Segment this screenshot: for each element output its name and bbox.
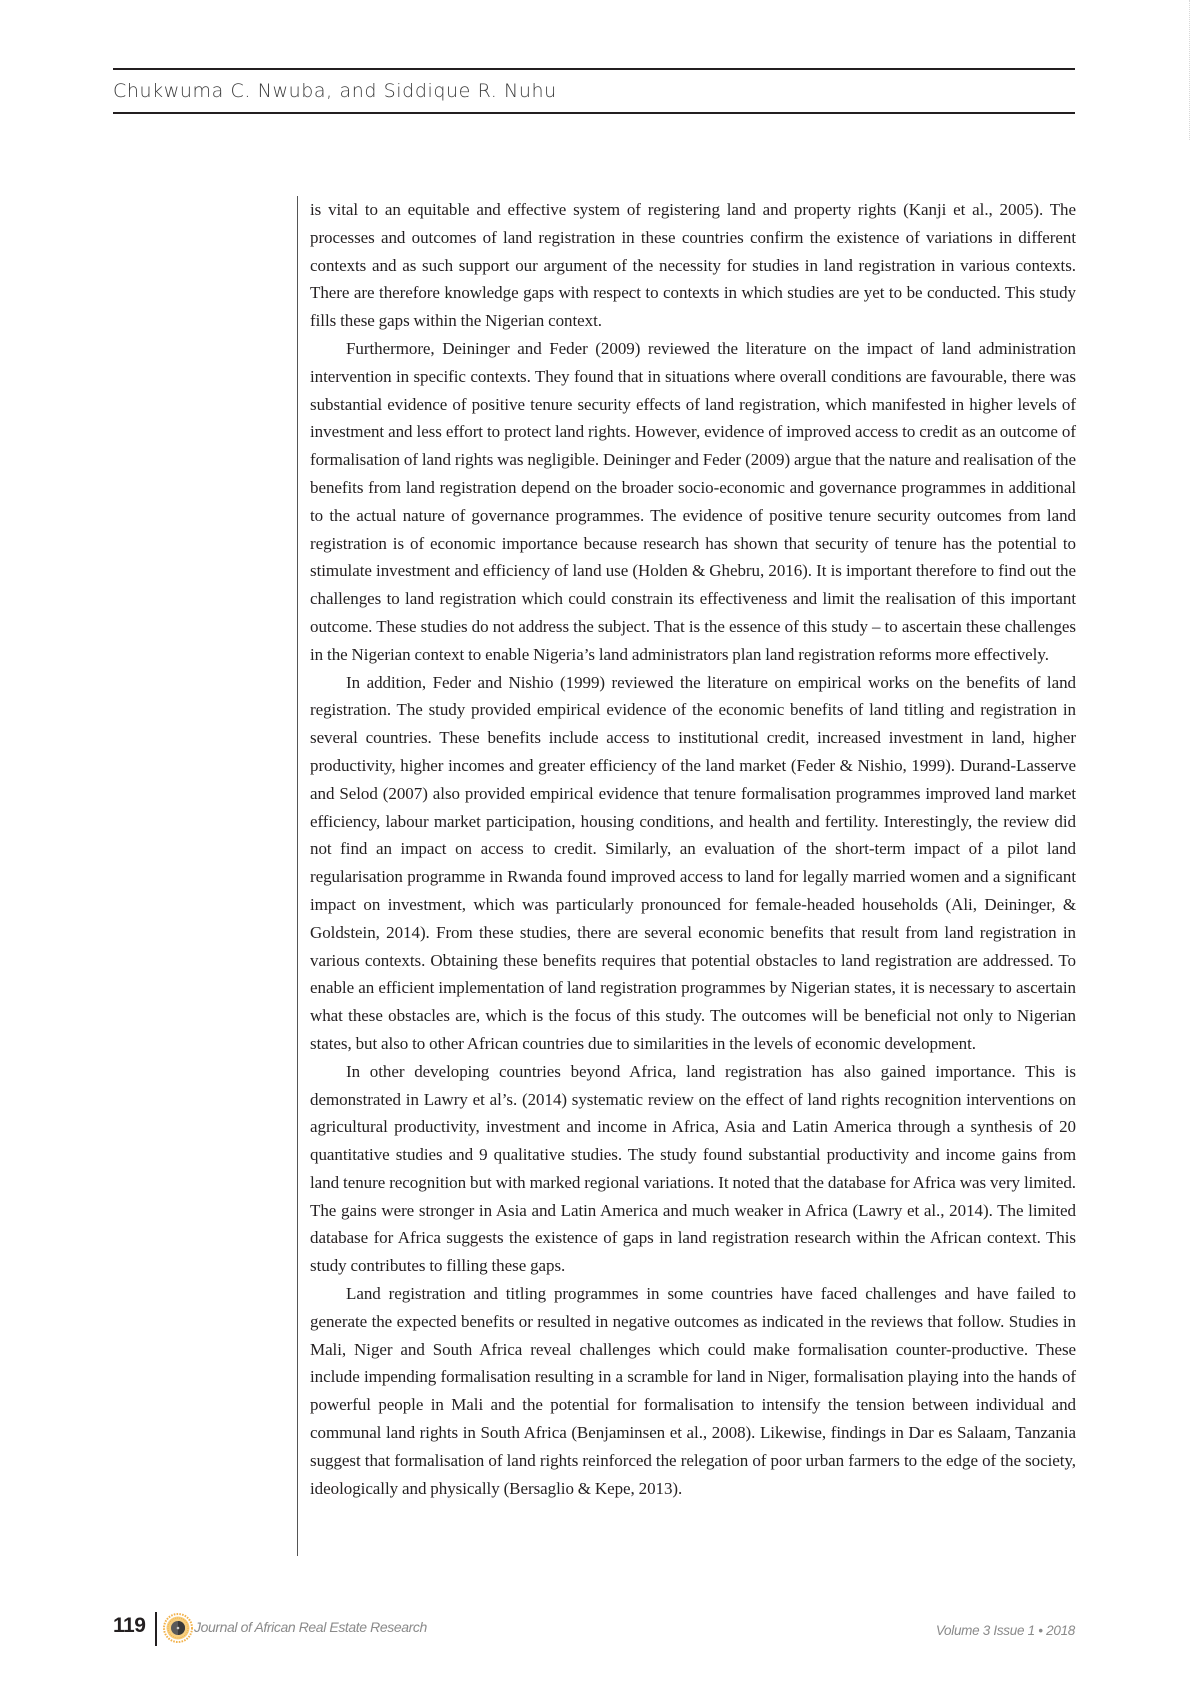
paragraph-3: In addition, Feder and Nishio (1999) rev… <box>310 669 1076 1058</box>
body-text: is vital to an equitable and effective s… <box>310 196 1076 1502</box>
header-authors: Chukwuma C. Nwuba, and Siddique R. Nuhu <box>113 70 1075 112</box>
page-number: 119 <box>113 1614 145 1638</box>
page-footer: 119 Journal of African Real Estate Resea… <box>113 1612 1075 1652</box>
footer-separator <box>155 1612 157 1646</box>
journal-name: Journal of African Real Estate Research <box>194 1619 427 1635</box>
volume-issue: Volume 3 Issue 1 • 2018 <box>936 1623 1075 1638</box>
journal-logo-icon <box>163 1613 193 1643</box>
header-rule-bottom <box>113 112 1075 114</box>
page-edge-marker <box>1188 0 1190 140</box>
paragraph-5: Land registration and titling programmes… <box>310 1280 1076 1502</box>
running-header: Chukwuma C. Nwuba, and Siddique R. Nuhu <box>113 68 1075 114</box>
paragraph-2: Furthermore, Deininger and Feder (2009) … <box>310 335 1076 669</box>
margin-rule <box>297 196 298 1556</box>
paragraph-4: In other developing countries beyond Afr… <box>310 1058 1076 1280</box>
paragraph-1: is vital to an equitable and effective s… <box>310 196 1076 335</box>
